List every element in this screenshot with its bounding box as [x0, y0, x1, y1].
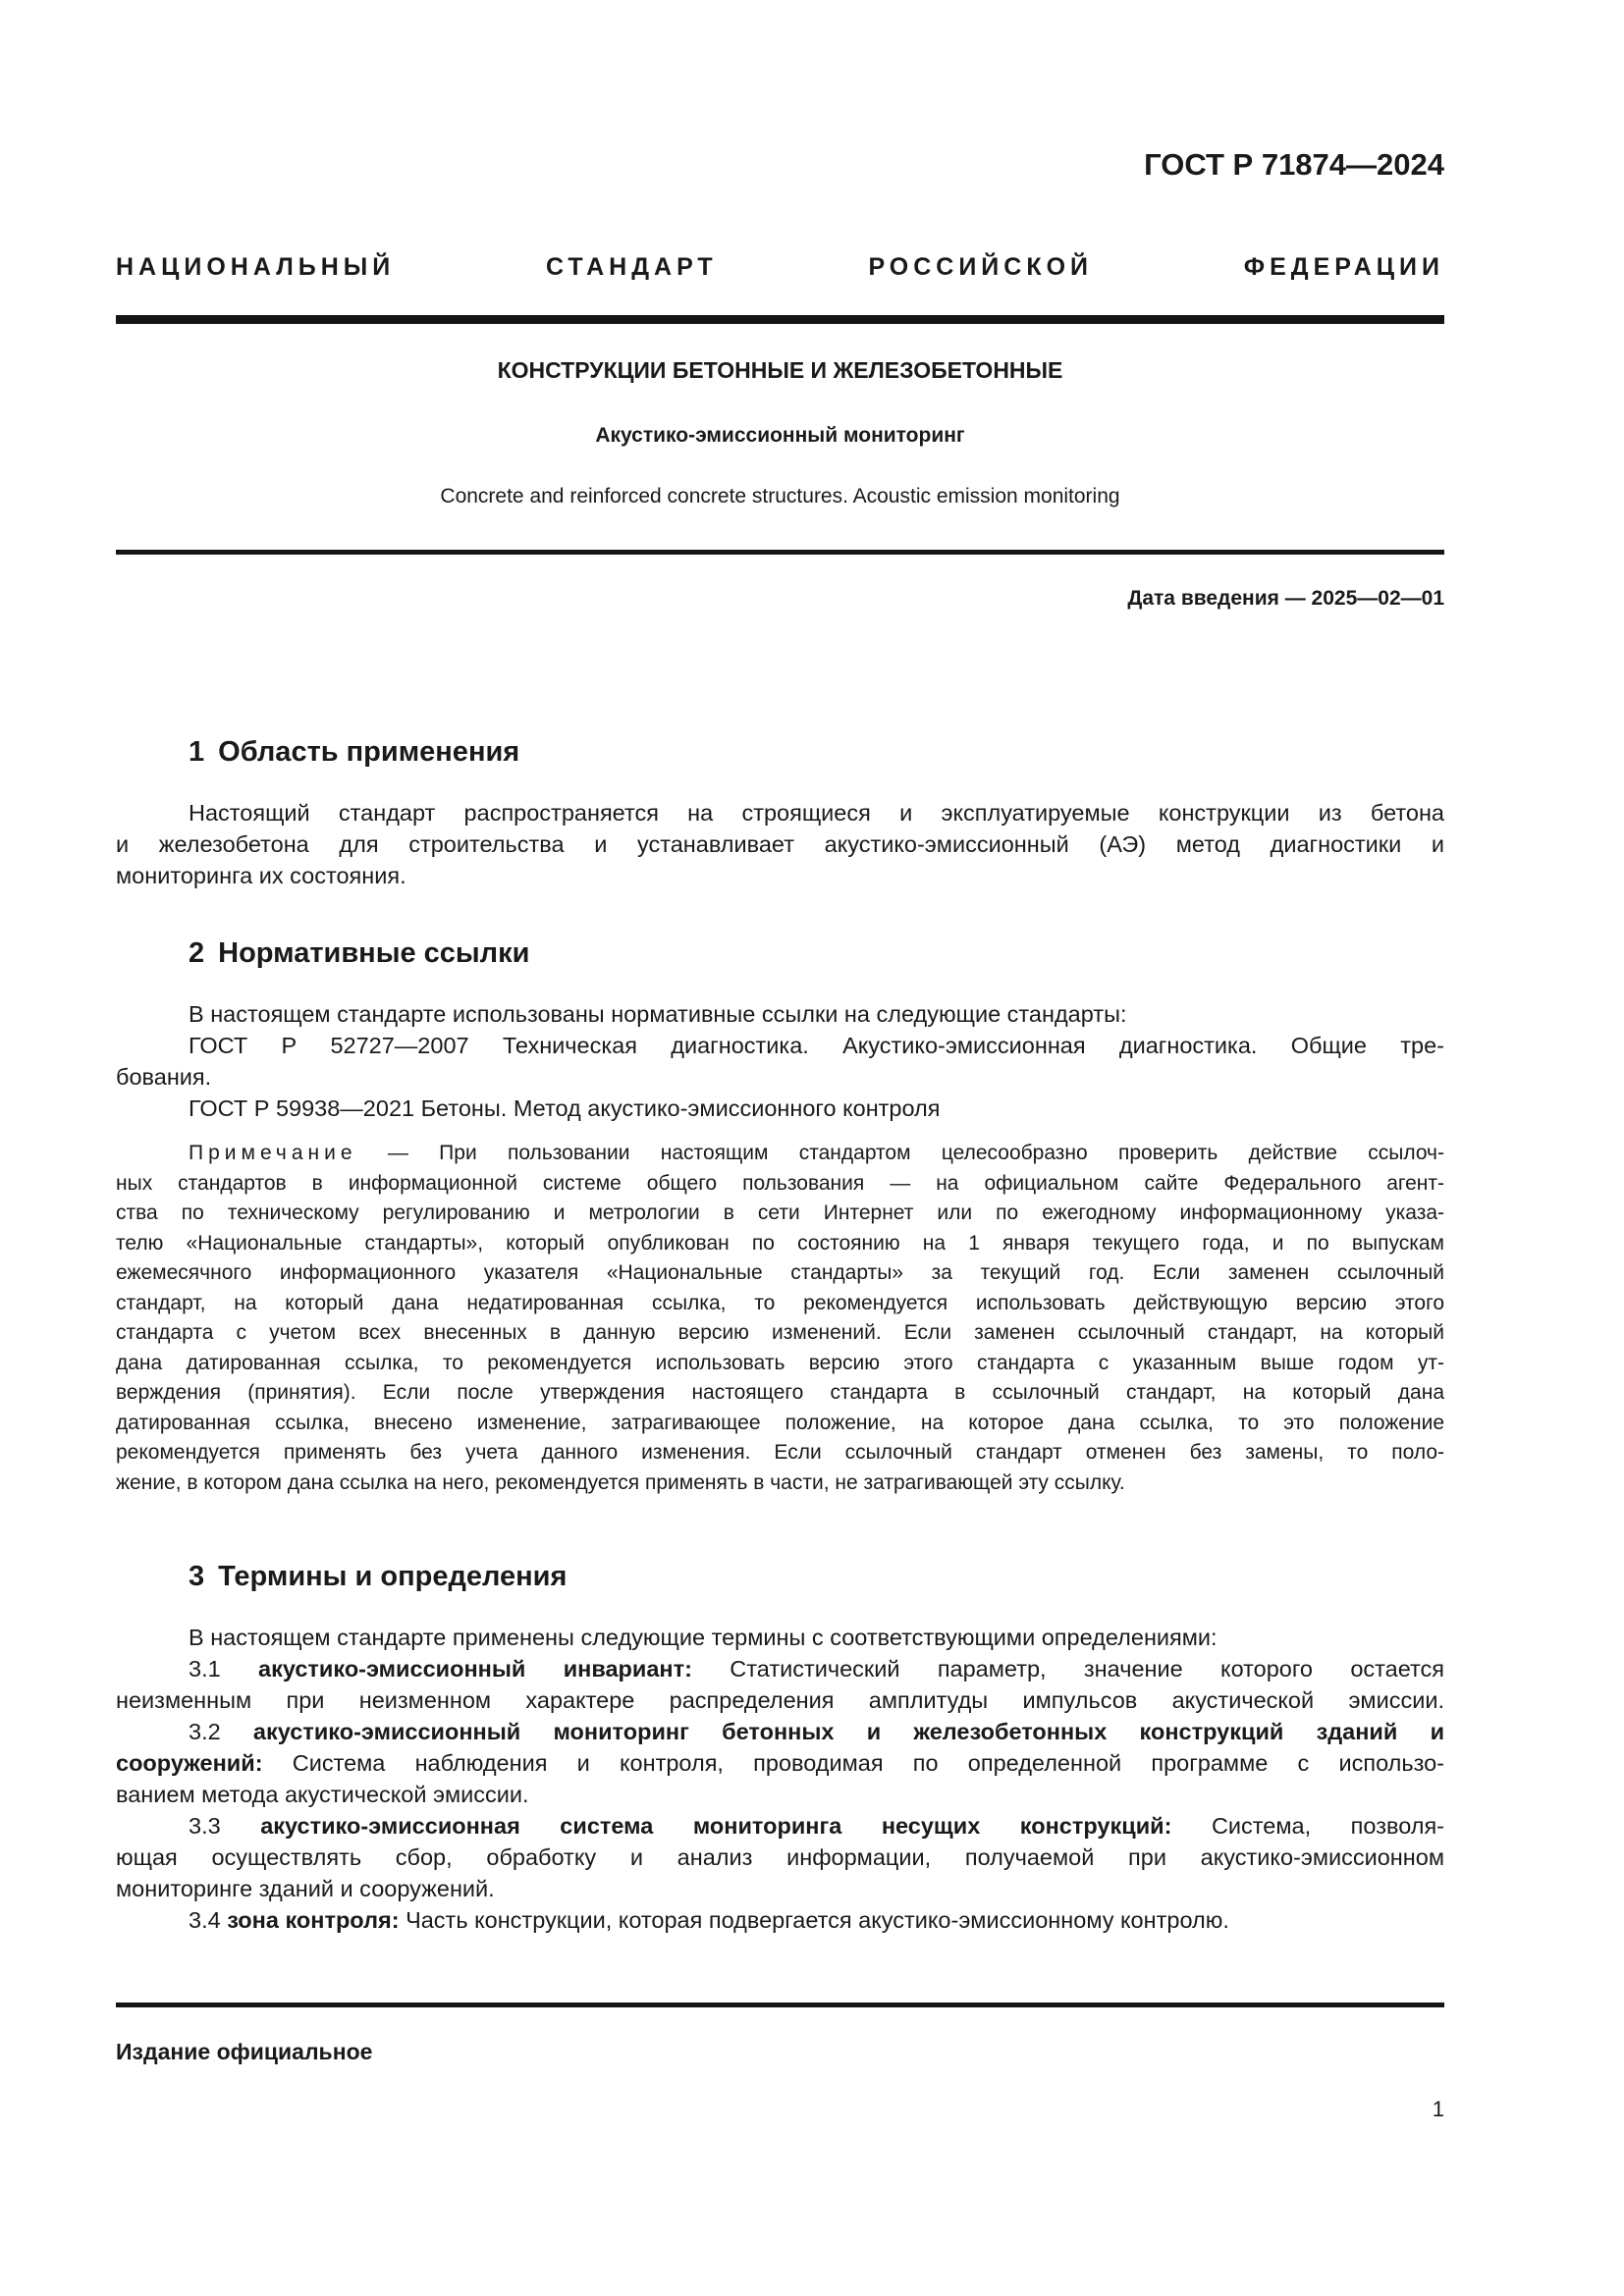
document-subtitle: Акустико-эмиссионный мониторинг	[116, 424, 1444, 448]
section-number: 3	[189, 1561, 204, 1592]
text-line: датированная ссылка, внесено изменение, …	[116, 1409, 1444, 1439]
reference-gost-52727: ГОСТ Р 52727—2007 Техническая диагностик…	[116, 1030, 1444, 1061]
term-name: акустико-эмиссионная система мониторинга…	[260, 1813, 1171, 1839]
section-number: 2	[189, 937, 204, 969]
note-block: Примечание — При пользовании настоящим с…	[116, 1139, 1444, 1498]
national-standard-banner: НАЦИОНАЛЬНЫЙ СТАНДАРТ РОССИЙСКОЙ ФЕДЕРАЦ…	[116, 253, 1444, 282]
banner-word: РОССИЙСКОЙ	[868, 253, 1093, 282]
banner-word: СТАНДАРТ	[546, 253, 718, 282]
text-line: ванием метода акустической эмиссии.	[116, 1779, 1444, 1810]
header-divider	[116, 315, 1444, 324]
reference-gost-59938: ГОСТ Р 59938—2021 Бетоны. Метод акустико…	[116, 1093, 1444, 1124]
official-edition-label: Издание официальное	[116, 2039, 372, 2065]
section-title: Термины и определения	[218, 1561, 567, 1592]
section-1-text: Настоящий стандарт распространяется на с…	[116, 797, 1444, 891]
section-title: Нормативные ссылки	[218, 937, 529, 969]
text-line: телю «Национальные стандарты», который о…	[116, 1229, 1444, 1259]
term-3-2: 3.2 акустико-эмиссионный мониторинг бето…	[116, 1716, 1444, 1747]
text-line: ства по техническому регулированию и мет…	[116, 1199, 1444, 1229]
banner-word: ФЕДЕРАЦИИ	[1244, 253, 1444, 282]
section-heading-1: 1Область применения	[189, 736, 519, 769]
introduction-date: Дата введения — 2025—02—01	[1127, 587, 1444, 611]
text-line: мониторинга их состояния.	[116, 860, 1444, 891]
text-line: мониторинге зданий и сооружений.	[116, 1873, 1444, 1904]
title-divider	[116, 550, 1444, 555]
term-name: акустико-эмиссионный мониторинг бетонных…	[253, 1719, 1444, 1744]
page-number: 1	[1433, 2097, 1444, 2122]
section-heading-3: 3Термины и определения	[189, 1561, 567, 1593]
note-label: Примечание	[189, 1142, 357, 1164]
text-line: бования.	[116, 1061, 1444, 1093]
text-line: верждения (принятия). Если после утвержд…	[116, 1378, 1444, 1409]
text-line: и железобетона для строительства и устан…	[116, 828, 1444, 860]
text-line: рекомендуется применять без учета данног…	[116, 1438, 1444, 1468]
english-title: Concrete and reinforced concrete structu…	[116, 485, 1444, 508]
footer-divider	[116, 2002, 1444, 2007]
text-line: сооружений: Система наблюдения и контрол…	[116, 1747, 1444, 1779]
text-line: В настоящем стандарте использованы норма…	[116, 998, 1444, 1030]
term-name: зона контроля:	[227, 1907, 399, 1933]
text-line: стандарта с учетом всех внесенных в данн…	[116, 1318, 1444, 1349]
document-title: КОНСТРУКЦИИ БЕТОННЫЕ И ЖЕЛЕЗОБЕТОННЫЕ	[116, 357, 1444, 384]
text-line: Настоящий стандарт распространяется на с…	[116, 797, 1444, 828]
term-3-1: 3.1 акустико-эмиссионный инвариант: Стат…	[116, 1653, 1444, 1684]
text-line: В настоящем стандарте применены следующи…	[116, 1622, 1444, 1653]
banner-word: НАЦИОНАЛЬНЫЙ	[116, 253, 395, 282]
section-heading-2: 2Нормативные ссылки	[189, 937, 529, 970]
section-number: 1	[189, 736, 204, 768]
section-2-text: В настоящем стандарте использованы норма…	[116, 998, 1444, 1124]
text-line: — При пользовании настоящим стандартом ц…	[357, 1142, 1444, 1164]
term-name: акустико-эмиссионный инвариант:	[258, 1656, 692, 1682]
term-3-3: 3.3 акустико-эмиссионная система монитор…	[116, 1810, 1444, 1842]
text-line: дана датированная ссылка, то рекомендует…	[116, 1349, 1444, 1379]
document-number: ГОСТ Р 71874—2024	[1144, 147, 1444, 183]
text-line: неизменным при неизменном характере расп…	[116, 1684, 1444, 1716]
text-line: ежемесячного информационного указателя «…	[116, 1258, 1444, 1289]
section-3-text: В настоящем стандарте применены следующи…	[116, 1622, 1444, 1936]
text-line: стандарт, на который дана недатированная…	[116, 1289, 1444, 1319]
text-line: ющая осуществлять сбор, обработку и анал…	[116, 1842, 1444, 1873]
text-line: жение, в котором дана ссылка на него, ре…	[116, 1468, 1444, 1499]
term-3-4: 3.4 зона контроля: Часть конструкции, ко…	[116, 1904, 1444, 1936]
text-line: ных стандартов в информационной системе …	[116, 1169, 1444, 1200]
section-title: Область применения	[218, 736, 519, 768]
